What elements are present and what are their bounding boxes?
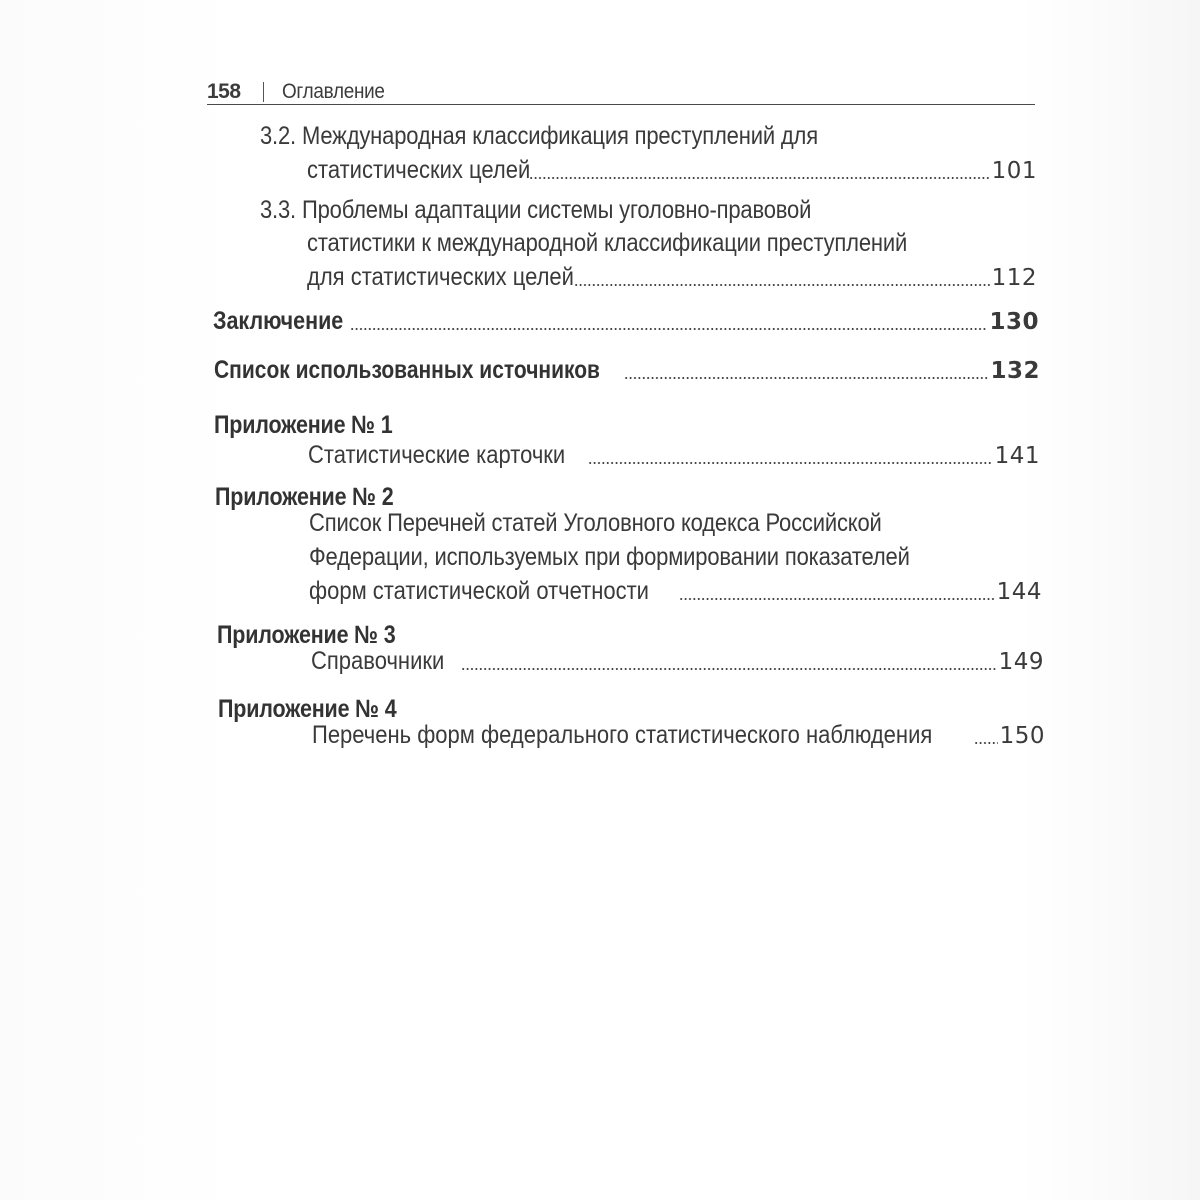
entry-title: Заключение xyxy=(213,306,329,336)
toc-entry-conclusion[interactable]: Заключение 130 xyxy=(213,306,1039,337)
entry-page-number: 132 xyxy=(990,356,1040,386)
toc-entry-line: Федерации, используемых при формировании… xyxy=(309,542,992,572)
toc-entry-leader-line: Справочники 149 xyxy=(311,646,1044,677)
running-head: 158 Оглавление xyxy=(207,76,1035,105)
toc-entry-line: Список Перечней статей Уголовного кодекс… xyxy=(309,508,960,538)
toc-entry-leader-line: Статистические карточки 141 xyxy=(308,440,1040,471)
dot-leader xyxy=(529,176,990,180)
toc-entry-line: 3.2. Международная классификация преступ… xyxy=(260,121,894,151)
book-page: 158 Оглавление 3.2. Международная класси… xyxy=(0,0,1200,1200)
toc-entry-leader-line: форм статистической отчетности 144 xyxy=(309,576,1042,607)
entry-page-number: 149 xyxy=(999,647,1044,677)
entry-text: Международная классификация преступлений… xyxy=(302,122,818,150)
dot-leader xyxy=(588,461,993,465)
entry-text: Федерации, используемых при формировании… xyxy=(309,542,910,572)
appendix-heading-text: Приложение № 1 xyxy=(214,410,393,440)
dot-leader xyxy=(461,667,997,671)
entry-text: статистических целей xyxy=(307,155,501,185)
page-number: 158 xyxy=(207,80,241,104)
toc-entry-line: 3.3. Проблемы адаптации системы уголовно… xyxy=(260,195,886,225)
entry-page-number: 141 xyxy=(995,441,1040,471)
entry-number: 3.3. xyxy=(260,196,296,224)
entry-page-number: 112 xyxy=(992,263,1037,293)
entry-title: Список использованных источников xyxy=(214,355,557,385)
appendix-heading: Приложение № 1 xyxy=(214,410,422,440)
entry-text: форм статистической отчетности xyxy=(309,576,633,606)
section-title: Оглавление xyxy=(282,80,385,104)
toc-entry-leader-line: статистических целей 101 xyxy=(307,155,1037,186)
dot-leader xyxy=(974,741,998,745)
entry-page-number: 101 xyxy=(992,156,1037,186)
toc-entry-line: статистики к международной классификации… xyxy=(307,228,989,258)
entry-text: Проблемы адаптации системы уголовно-прав… xyxy=(302,196,811,224)
toc-entry-leader-line: для статистических целей 112 xyxy=(307,262,1037,293)
entry-page-number: 130 xyxy=(989,307,1039,337)
dot-leader xyxy=(624,376,988,380)
dot-leader xyxy=(574,283,990,287)
entry-text: для статистических целей xyxy=(307,262,540,292)
dot-leader xyxy=(350,327,987,331)
toc-entry-leader-line: Перечень форм федерального статистическо… xyxy=(312,720,1045,751)
entry-text: Справочники xyxy=(311,646,441,676)
entry-page-number: 144 xyxy=(997,577,1042,607)
entry-text: Перечень форм федерального статистическо… xyxy=(312,720,893,750)
dot-leader xyxy=(679,597,995,601)
entry-text: Список Перечней статей Уголовного кодекс… xyxy=(309,508,882,538)
entry-page-number: 150 xyxy=(1000,721,1045,751)
entry-text: Статистические карточки xyxy=(308,440,553,470)
header-separator xyxy=(263,82,265,102)
toc-entry-sources[interactable]: Список использованных источников 132 xyxy=(214,355,1040,386)
entry-text: статистики к международной классификации… xyxy=(307,228,907,258)
entry-number: 3.2. xyxy=(260,122,296,150)
